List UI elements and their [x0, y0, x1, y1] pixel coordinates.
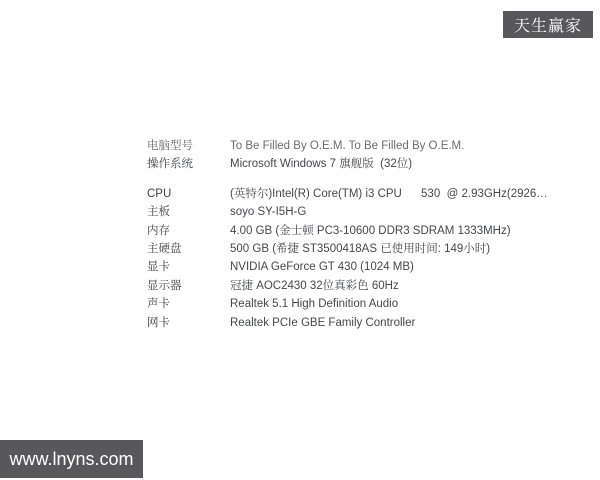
spec-label: 主板	[147, 203, 230, 221]
spec-row-sound-card: 声卡 Realtek 5.1 High Definition Audio	[147, 295, 567, 313]
spec-value: 500 GB (希捷 ST3500418AS 已使用时间: 149小时)	[230, 240, 490, 258]
spec-row-graphics-card: 显卡 NVIDIA GeForce GT 430 (1024 MB)	[147, 258, 567, 276]
spec-value: Microsoft Windows 7 旗舰版 (32位)	[230, 155, 412, 173]
spec-label: CPU	[147, 185, 230, 203]
spec-row-motherboard: 主板 soyo SY-I5H-G	[147, 203, 567, 221]
spec-row-cpu: CPU (英特尔)Intel(R) Core(TM) i3 CPU 530 @ …	[147, 185, 567, 203]
spec-value: (英特尔)Intel(R) Core(TM) i3 CPU 530 @ 2.93…	[230, 185, 548, 203]
spec-row-network-card: 网卡 Realtek PCIe GBE Family Controller	[147, 314, 567, 332]
site-watermark-label: www.lnyns.com	[9, 449, 133, 470]
promo-badge-label: 天生赢家	[514, 13, 582, 36]
spec-value: Realtek 5.1 High Definition Audio	[230, 295, 398, 313]
spec-label: 操作系统	[147, 155, 230, 173]
site-watermark: www.lnyns.com	[0, 440, 143, 478]
spec-row-os: 操作系统 Microsoft Windows 7 旗舰版 (32位)	[147, 155, 567, 173]
spec-label: 主硬盘	[147, 240, 230, 258]
spec-value: 冠捷 AOC2430 32位真彩色 60Hz	[230, 277, 399, 295]
spec-label: 声卡	[147, 295, 230, 313]
spec-label: 内存	[147, 222, 230, 240]
spec-label: 电脑型号	[147, 137, 230, 155]
spec-row-hard-disk: 主硬盘 500 GB (希捷 ST3500418AS 已使用时间: 149小时)	[147, 240, 567, 258]
spec-row-computer-model: 电脑型号 To Be Filled By O.E.M. To Be Filled…	[147, 137, 567, 155]
spec-value: NVIDIA GeForce GT 430 (1024 MB)	[230, 258, 414, 276]
spec-value: 4.00 GB (金士顿 PC3-10600 DDR3 SDRAM 1333MH…	[230, 222, 511, 240]
promo-badge: 天生赢家	[503, 11, 593, 38]
system-specs-table: 电脑型号 To Be Filled By O.E.M. To Be Filled…	[147, 137, 567, 332]
spec-row-memory: 内存 4.00 GB (金士顿 PC3-10600 DDR3 SDRAM 133…	[147, 222, 567, 240]
spec-value: Realtek PCIe GBE Family Controller	[230, 314, 415, 332]
spec-label: 显示器	[147, 277, 230, 295]
spec-row-monitor: 显示器 冠捷 AOC2430 32位真彩色 60Hz	[147, 277, 567, 295]
spec-value: To Be Filled By O.E.M. To Be Filled By O…	[230, 137, 464, 155]
spec-label: 网卡	[147, 314, 230, 332]
spec-value: soyo SY-I5H-G	[230, 203, 306, 221]
spec-label: 显卡	[147, 258, 230, 276]
